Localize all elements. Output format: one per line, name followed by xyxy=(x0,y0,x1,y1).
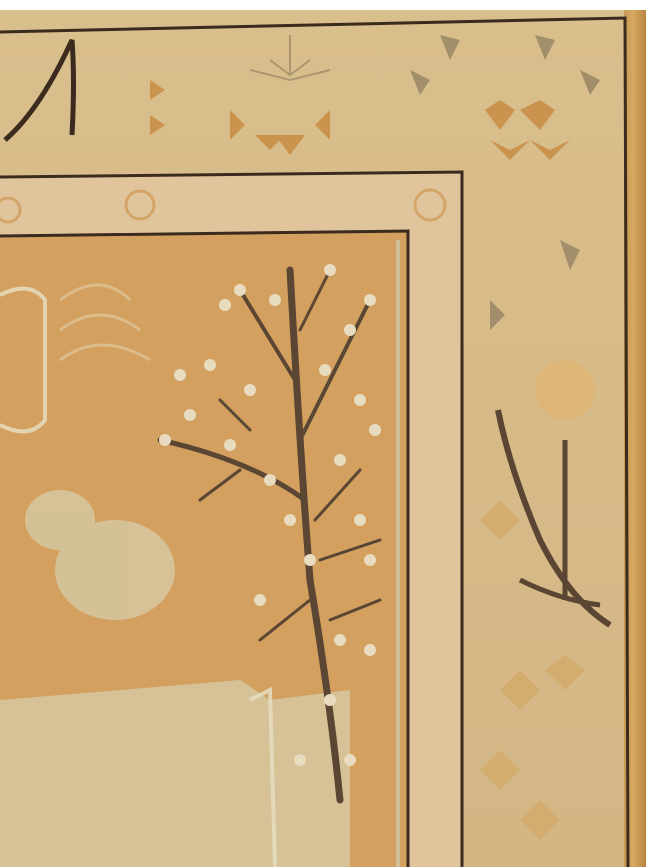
rug-pattern-illustration xyxy=(0,0,650,867)
